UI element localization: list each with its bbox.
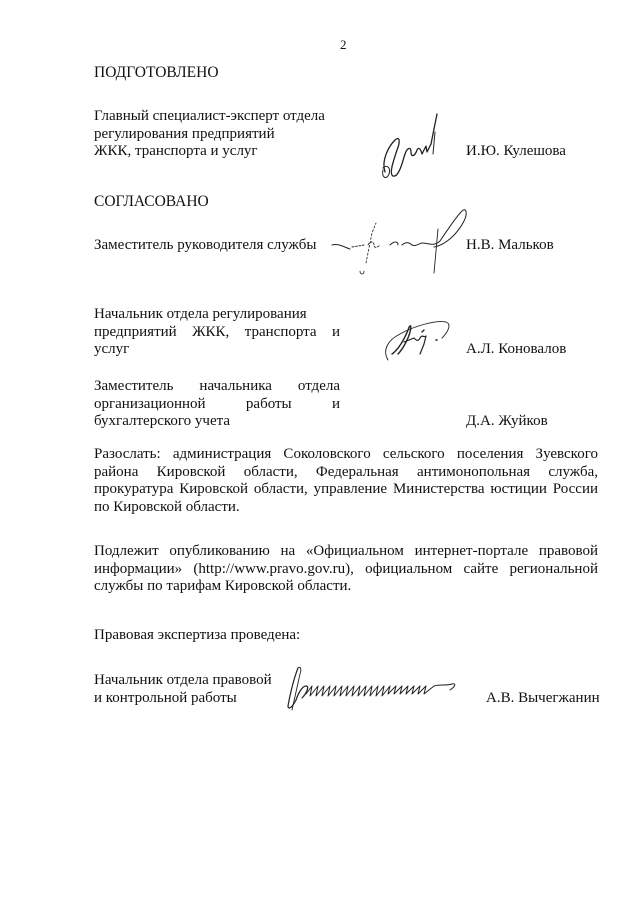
paragraph-line: Подлежит опубликованию на «Официальном и… — [94, 543, 598, 561]
legal-review-heading: Правовая экспертиза проведена: — [94, 627, 300, 645]
paragraph-line: службы по тарифам Кировской области. — [94, 578, 598, 596]
paragraph-line: Разослать: администрация Соколовского се… — [94, 446, 598, 464]
position-line: предприятий ЖКК, транспорта и — [94, 324, 340, 342]
signatory-position-zhuikov: Заместитель начальника отдела организаци… — [94, 378, 340, 431]
signatory-position-kuleshova: Главный специалист-эксперт отдела регули… — [94, 108, 340, 161]
position-line: Главный специалист-эксперт отдела — [94, 108, 340, 126]
signatory-name-konovalov: А.Л. Коновалов — [466, 341, 566, 359]
signature-kuleshova-icon — [375, 110, 445, 185]
page-number: 2 — [340, 36, 347, 54]
position-line: ЖКК, транспорта и услуг — [94, 143, 340, 161]
signatory-position-konovalov: Начальник отдела регулирования предприят… — [94, 306, 340, 359]
paragraph-line: района Кировской области, Федеральная ан… — [94, 464, 598, 482]
position-line: Заместитель руководителя службы — [94, 237, 316, 253]
paragraph-line: по Кировской области. — [94, 499, 598, 517]
paragraph-line: прокуратура Кировской области, управлени… — [94, 481, 598, 499]
agreed-heading: СОГЛАСОВАНО — [94, 193, 209, 211]
position-line: Начальник отдела регулирования — [94, 306, 340, 324]
signatory-name-zhuikov: Д.А. Жуйков — [466, 413, 548, 431]
paragraph-line: информации» (http://www.pravo.gov.ru), о… — [94, 561, 598, 579]
position-line: организационной работы и — [94, 396, 340, 414]
distribution-paragraph: Разослать: администрация Соколовского се… — [94, 446, 598, 516]
position-line: и контрольной работы — [94, 690, 272, 708]
signature-konovalov-icon — [380, 310, 460, 370]
position-line: Начальник отдела правовой — [94, 672, 272, 690]
publication-paragraph: Подлежит опубликованию на «Официальном и… — [94, 543, 598, 596]
signatory-name-kuleshova: И.Ю. Кулешова — [466, 143, 566, 161]
position-line: регулирования предприятий — [94, 126, 340, 144]
signatory-position-malkov: Заместитель руководителя службы — [94, 237, 316, 255]
signature-vychegzhanin-icon — [284, 664, 464, 714]
prepared-heading: ПОДГОТОВЛЕНО — [94, 64, 219, 82]
position-line: бухгалтерского учета — [94, 413, 340, 431]
signature-malkov-icon — [330, 205, 470, 280]
signatory-name-malkov: Н.В. Мальков — [466, 237, 554, 255]
signatory-position-vychegzhanin: Начальник отдела правовой и контрольной … — [94, 672, 272, 707]
signatory-name-vychegzhanin: А.В. Вычегжанин — [486, 690, 600, 708]
position-line: Заместитель начальника отдела — [94, 378, 340, 396]
position-line: услуг — [94, 341, 340, 359]
